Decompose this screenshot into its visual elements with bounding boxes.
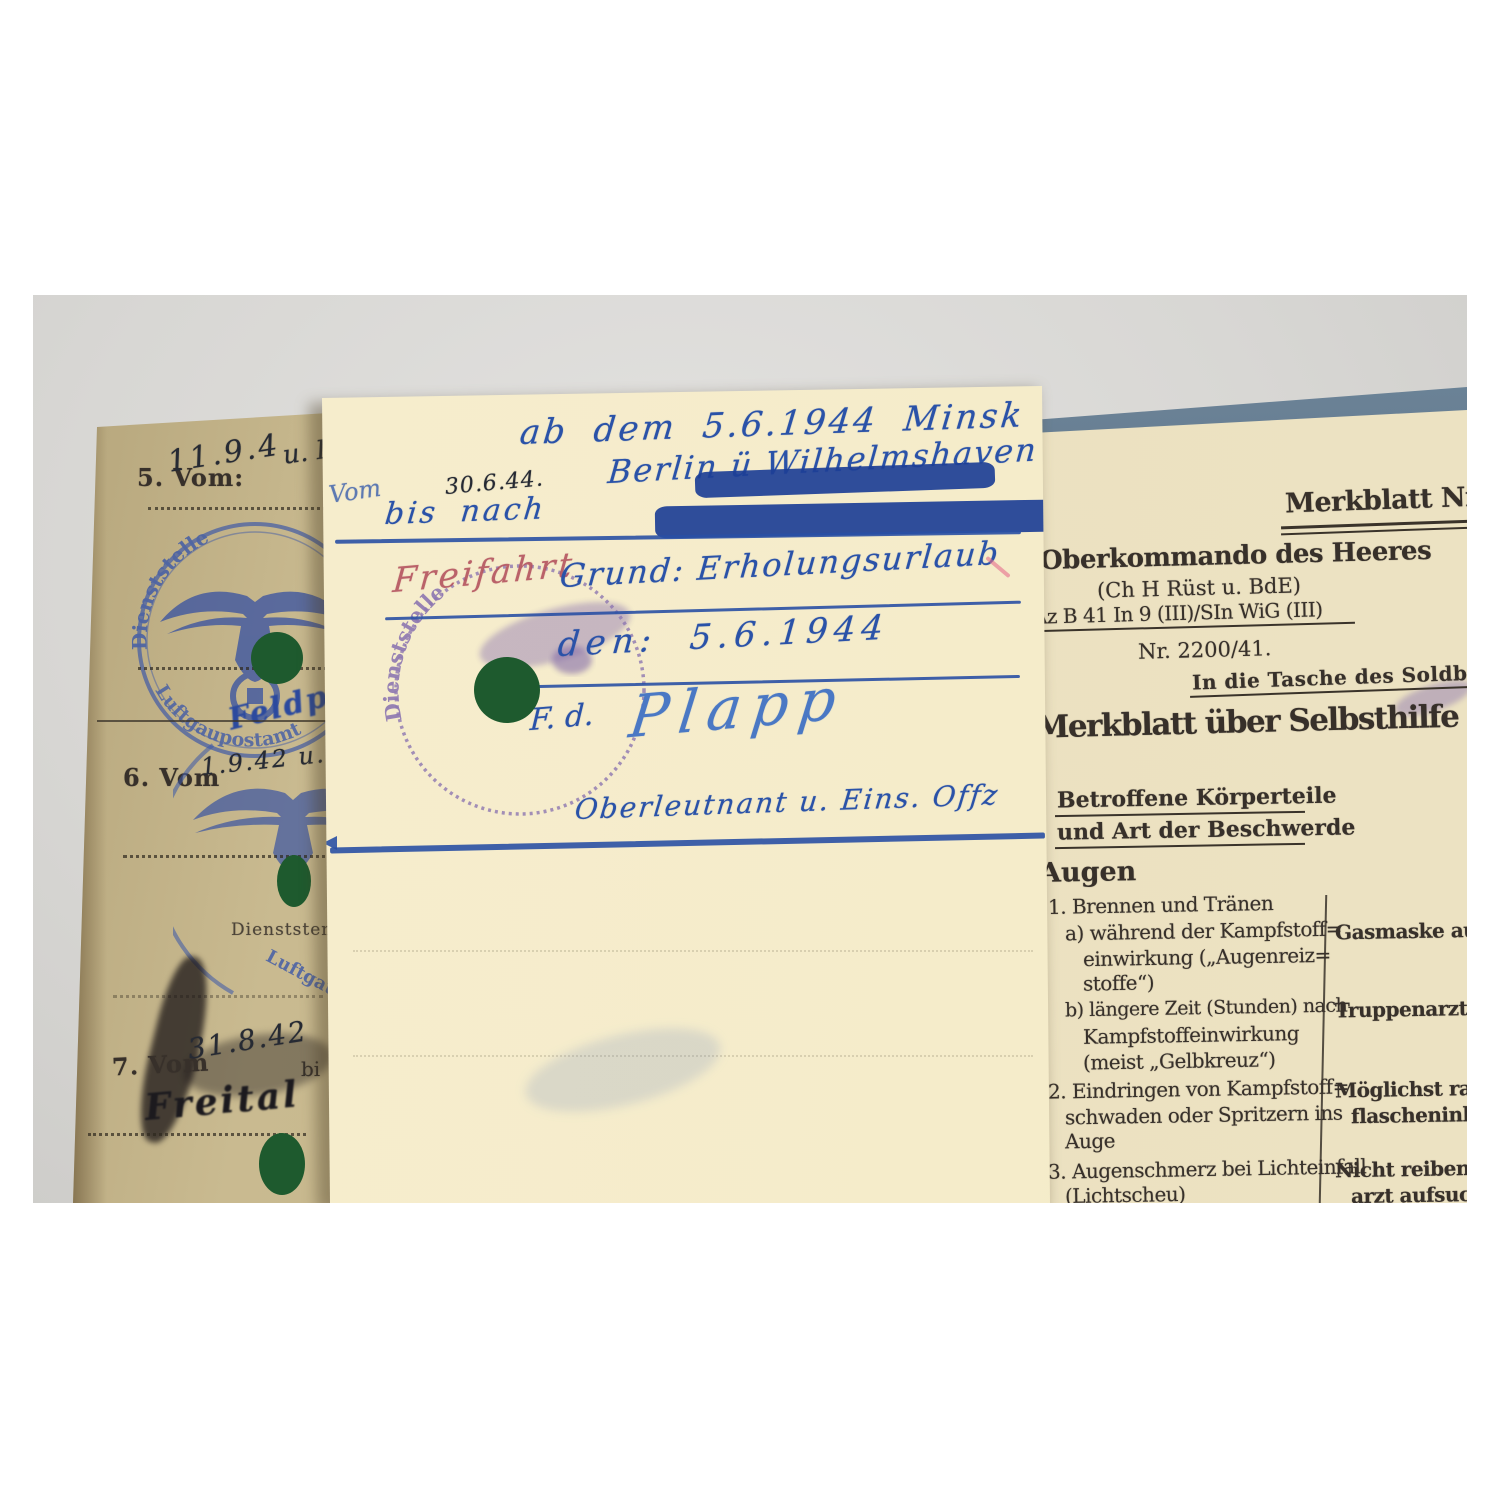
hand-pre-fragment: Vom [327,474,383,509]
bleedthrough-smudge [518,1012,729,1128]
faint-guide-line [353,950,1033,952]
sig-prefix: F. d. [529,697,595,738]
photo-canvas: u. D 5. Vom: 11.9.4 Dienststelle Luftgau… [0,0,1500,1500]
rank-thick-underline [330,833,1045,854]
hand-grund: Grund: Erholungsurlaub [558,534,1001,595]
green-privacy-dot [474,657,540,723]
document-photo: u. D 5. Vom: 11.9.4 Dienststelle Luftgau… [33,295,1467,1203]
hand-fragment: bis nach [383,491,548,532]
